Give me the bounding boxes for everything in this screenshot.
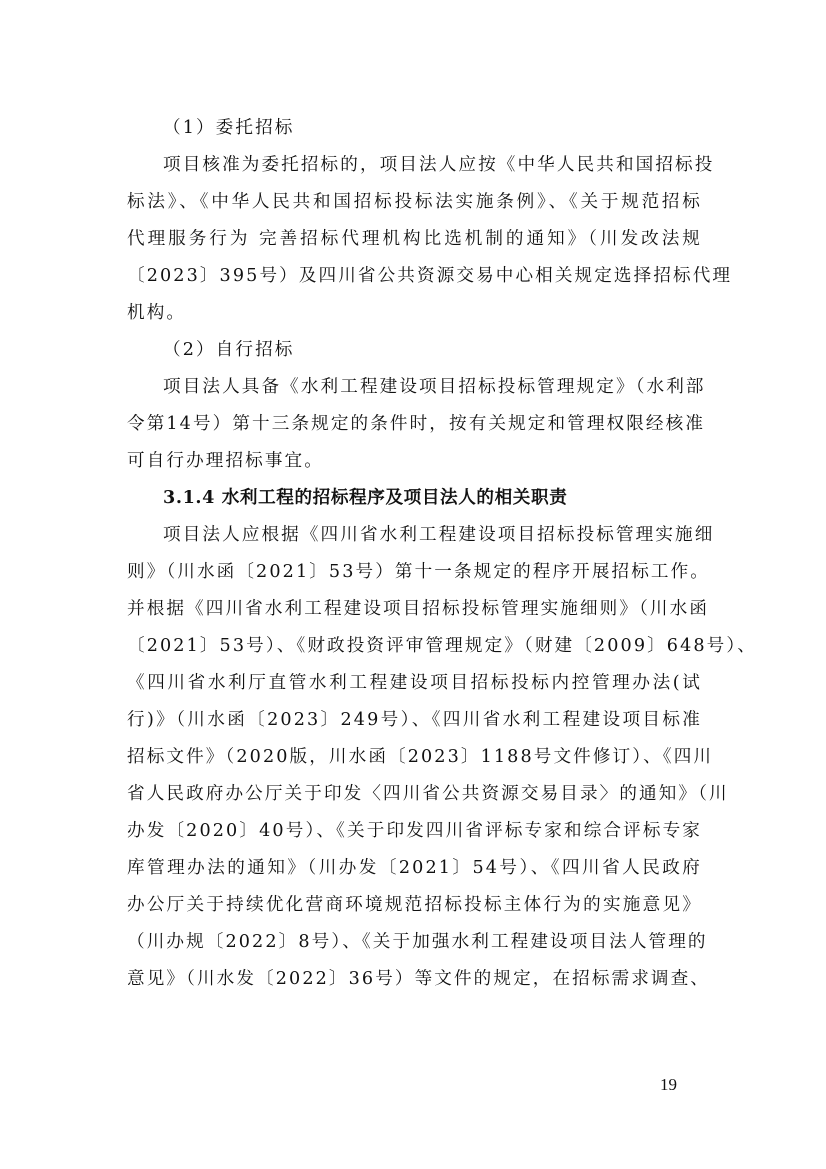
paragraph-line: 《四川省水利厅直管水利工程建设项目招标投标内控管理办法(试 — [127, 671, 702, 695]
section-heading-3-1-4: 3.1.4 水利工程的招标程序及项目法人的相关职责 — [163, 486, 702, 510]
paragraph-line: 办公厅关于持续优化营商环境规范招标投标主体行为的实施意见》 — [127, 893, 702, 917]
page-number: 19 — [660, 1075, 677, 1095]
paragraph-line: 招标文件》（2020版，川水函〔2023〕1188号文件修订）、《四川 — [127, 745, 702, 769]
paragraph-line: 库管理办法的通知》（川办发〔2021〕54号）、《四川省人民政府 — [127, 856, 702, 880]
paragraph-line: 则》（川水函〔2021〕53号）第十一条规定的程序开展招标工作。 — [127, 560, 702, 584]
paragraph-line: 机构。 — [127, 301, 702, 325]
paragraph-line: 意见》（川水发〔2022〕36号）等文件的规定，在招标需求调查、 — [127, 967, 702, 991]
subheading-self-tendering: （2）自行招标 — [163, 338, 702, 362]
paragraph-line: 项目法人应根据《四川省水利工程建设项目招标投标管理实施细 — [163, 523, 702, 547]
paragraph-line: 省人民政府办公厅关于印发〈四川省公共资源交易目录〉的通知》（川 — [127, 782, 702, 806]
paragraph-line: 可自行办理招标事宜。 — [127, 449, 702, 473]
subheading-entrusted-tendering: （1）委托招标 — [163, 116, 702, 140]
paragraph-line: 项目核准为委托招标的，项目法人应按《中华人民共和国招标投 — [163, 153, 702, 177]
document-page: （1）委托招标 项目核准为委托招标的，项目法人应按《中华人民共和国招标投 标法》… — [0, 0, 826, 1169]
paragraph-line: 代理服务行为 完善招标代理机构比选机制的通知》（川发改法规 — [127, 227, 702, 251]
paragraph-line: 办发〔2020〕40号）、《关于印发四川省评标专家和综合评标专家 — [127, 819, 702, 843]
paragraph-line: 〔2023〕395号）及四川省公共资源交易中心相关规定选择招标代理 — [127, 264, 702, 288]
paragraph-line: 并根据《四川省水利工程建设项目招标投标管理实施细则》（川水函 — [127, 597, 702, 621]
paragraph-line: 标法》、《中华人民共和国招标投标法实施条例》、《关于规范招标 — [127, 190, 702, 214]
paragraph-line: 〔2021〕53号）、《财政投资评审管理规定》（财建〔2009〕648号）、 — [127, 634, 702, 658]
paragraph-line: 项目法人具备《水利工程建设项目招标投标管理规定》（水利部 — [163, 375, 702, 399]
paragraph-line: 令第14号）第十三条规定的条件时，按有关规定和管理权限经核准 — [127, 412, 702, 436]
paragraph-line: （川办规〔2022〕8号）、《关于加强水利工程建设项目法人管理的 — [127, 930, 702, 954]
paragraph-line: 行)》（川水函〔2023〕249号）、《四川省水利工程建设项目标准 — [127, 708, 702, 732]
